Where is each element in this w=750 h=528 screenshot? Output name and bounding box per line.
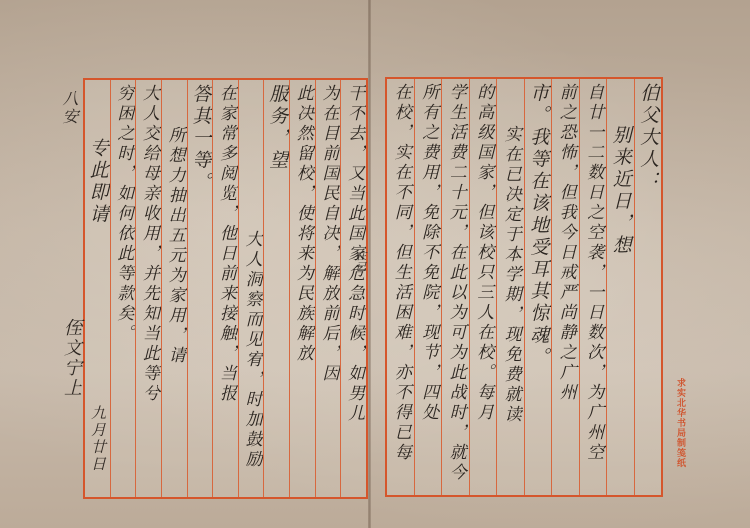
column: 的高级国家，但该校只三人在校。每月 bbox=[469, 79, 497, 495]
column: 穷困之时，如何依此等款矣。 bbox=[110, 80, 136, 497]
column: 前之恐怖，但我今日戒严尚静之广州 bbox=[551, 79, 579, 495]
ruled-frame-left: 干不去，又当此国家危急时候，如男儿 为在目前国民自决，解放前后，因 此决然留校，… bbox=[83, 78, 368, 499]
column-text: 答其一等。 bbox=[190, 84, 209, 194]
column: 为在目前国民自决，解放前后，因 bbox=[315, 80, 341, 497]
printer-stamp: 求实北华书局制笺纸 bbox=[674, 378, 687, 468]
column: 在校，实在不同，但生活困难，亦不得已每 bbox=[387, 79, 414, 495]
column-text: 学生活费二十元，在此以为可为此战时，就今 bbox=[447, 83, 464, 483]
column: 此决然留校，使将来为民族解放 bbox=[289, 80, 315, 497]
column-text: 大人交给母亲收用，并先知当此等兮 bbox=[140, 84, 157, 404]
column: 在家常多阅览，他日前来接触，当报 bbox=[212, 80, 238, 497]
column-text: 实在已决定于本学期，现免费就读 bbox=[502, 125, 519, 425]
column-text: 所想力抽出五元为家用，请 bbox=[166, 126, 183, 366]
column: 答其一等。 bbox=[187, 80, 213, 497]
column-text: 的高级国家，但该校只三人在校。每月 bbox=[474, 83, 491, 423]
letter-photograph: 伯父大人： 别来近日，想 自廿一二数日之空袭，一日数次，为广州空 前之恐怖，但我… bbox=[0, 0, 750, 528]
signature: 侄文宁上 bbox=[58, 318, 84, 398]
margin-insert: 在已 bbox=[352, 250, 368, 272]
column: 服务，望 bbox=[263, 80, 289, 497]
column-text: 伯父大人： bbox=[638, 83, 657, 193]
column: 所有之费用，免除不免院，现节，四处 bbox=[414, 79, 442, 495]
column: 市。我等在该地受耳其惊魂。 bbox=[524, 79, 552, 495]
column: 实在已决定于本学期，现免费就读 bbox=[496, 79, 524, 495]
column-text: 别来近日，想 bbox=[611, 125, 630, 257]
column: 自廿一二数日之空袭，一日数次，为广州空 bbox=[579, 79, 607, 495]
closing-greeting: 八安 bbox=[58, 90, 81, 126]
column-text: 市。我等在该地受耳其惊魂。 bbox=[528, 83, 547, 369]
column-text: 所有之费用，免除不免院，现节，四处 bbox=[419, 83, 436, 423]
column-text: 大人洞察而见宥，时加鼓励 bbox=[243, 230, 260, 470]
ruled-frame-right: 伯父大人： 别来近日，想 自廿一二数日之空袭，一日数次，为广州空 前之恐怖，但我… bbox=[385, 77, 663, 497]
column-text: 专此即请 bbox=[88, 138, 107, 226]
column-text: 为在目前国民自决，解放前后，因 bbox=[320, 84, 337, 384]
column-text: 此决然留校，使将来为民族解放 bbox=[294, 84, 311, 364]
column: 所想力抽出五元为家用，请 bbox=[161, 80, 187, 497]
column: 大人交给母亲收用，并先知当此等兮 bbox=[135, 80, 161, 497]
column-text: 自廿一二数日之空袭，一日数次，为广州空 bbox=[584, 83, 601, 463]
column-text: 前之恐怖，但我今日戒严尚静之广州 bbox=[557, 83, 574, 403]
column-text: 服务，望 bbox=[267, 84, 286, 172]
column-text: 在校，实在不同，但生活困难，亦不得已每 bbox=[392, 83, 409, 463]
column: 学生活费二十元，在此以为可为此战时，就今 bbox=[441, 79, 469, 495]
left-leaf: 干不去，又当此国家危急时候，如男儿 为在目前国民自决，解放前后，因 此决然留校，… bbox=[0, 0, 370, 528]
column-text: 在家常多阅览，他日前来接触，当报 bbox=[217, 84, 234, 404]
column-text: 穷困之时，如何依此等款矣。 bbox=[114, 84, 131, 344]
column: 干不去，又当此国家危急时候，如男儿 bbox=[340, 80, 366, 497]
right-leaf: 伯父大人： 别来近日，想 自廿一二数日之空袭，一日数次，为广州空 前之恐怖，但我… bbox=[370, 0, 750, 528]
column: 伯父大人： bbox=[634, 79, 662, 495]
column: 大人洞察而见宥，时加鼓励 bbox=[238, 80, 264, 497]
column: 别来近日，想 bbox=[606, 79, 634, 495]
date: 九月廿日 bbox=[88, 405, 109, 473]
